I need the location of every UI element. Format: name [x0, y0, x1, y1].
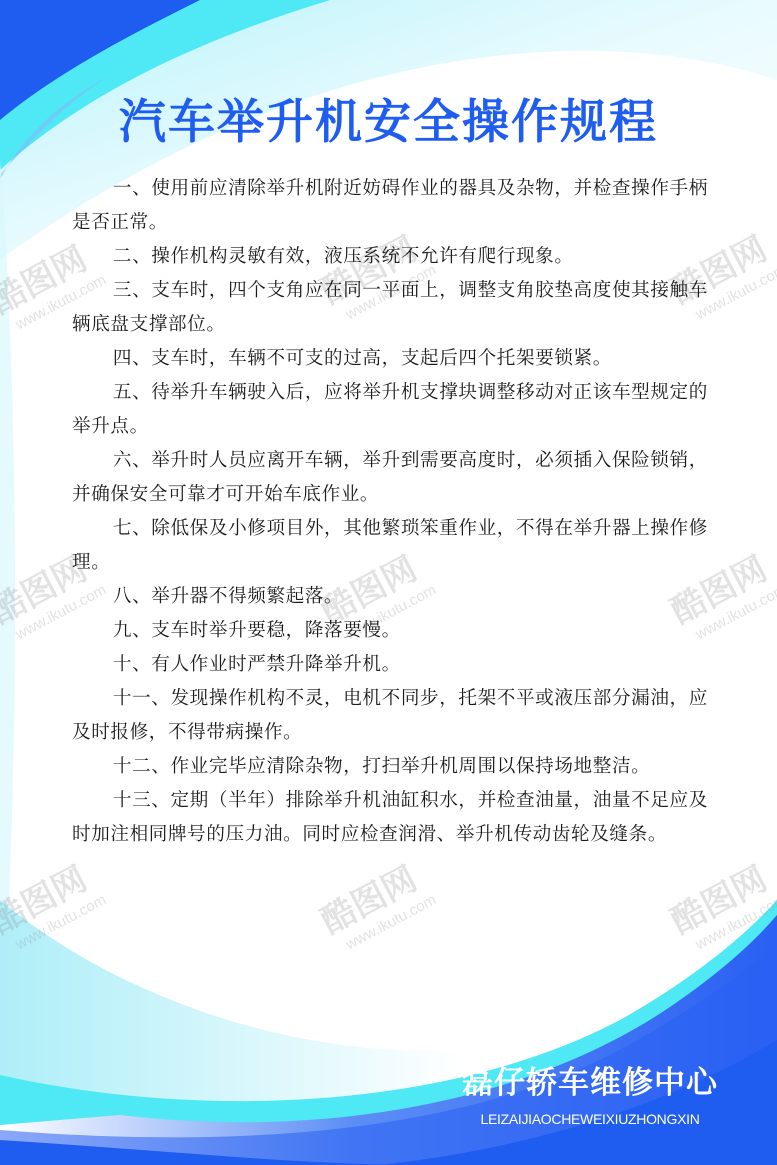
page-title: 汽车举升机安全操作规程: [0, 93, 777, 153]
rule-item: 十二、作业完毕应清除杂物，打扫举升机周围以保持场地整洁。: [72, 750, 708, 784]
rule-item: 四、支车时，车辆不可支的过高，支起后四个托架要锁紧。: [72, 342, 708, 376]
rule-item: 十一、发现操作机构不灵，电机不同步，托架不平或液压部分漏油，应及时报修，不得带病…: [72, 682, 708, 750]
rule-item: 一、使用前应清除举升机附近妨碍作业的器具及杂物，并检查操作手柄是否正常。: [72, 172, 708, 240]
rule-item: 七、除低保及小修项目外，其他繁琐笨重作业，不得在举升器上操作修理。: [72, 512, 708, 580]
company-name-pinyin: LEIZAIJIAOCHEWEIXIUZHONGXIN: [455, 1110, 725, 1128]
company-name: 磊仔轿车维修中心: [460, 1063, 720, 1103]
rule-item: 八、举升器不得频繁起落。: [72, 580, 708, 614]
rule-item: 二、操作机构灵敏有效，液压系统不允许有爬行现象。: [72, 240, 708, 274]
rule-item: 十三、定期（半年）排除举升机油缸积水，并检查油量，油量不足应及时加注相同牌号的压…: [72, 784, 708, 852]
rule-item: 六、举升时人员应离开车辆，举升到需要高度时，必须插入保险锁销，并确保安全可靠才可…: [72, 444, 708, 512]
rule-item: 五、待举升车辆驶入后，应将举升机支撑块调整移动对正该车型规定的举升点。: [72, 376, 708, 444]
rule-item: 九、支车时举升要稳，降落要慢。: [72, 614, 708, 648]
rule-item: 三、支车时，四个支角应在同一平面上，调整支角胶垫高度使其接触车辆底盘支撑部位。: [72, 274, 708, 342]
rules-list: 一、使用前应清除举升机附近妨碍作业的器具及杂物，并检查操作手柄是否正常。 二、操…: [72, 172, 708, 852]
rule-item: 十、有人作业时严禁升降举升机。: [72, 648, 708, 682]
